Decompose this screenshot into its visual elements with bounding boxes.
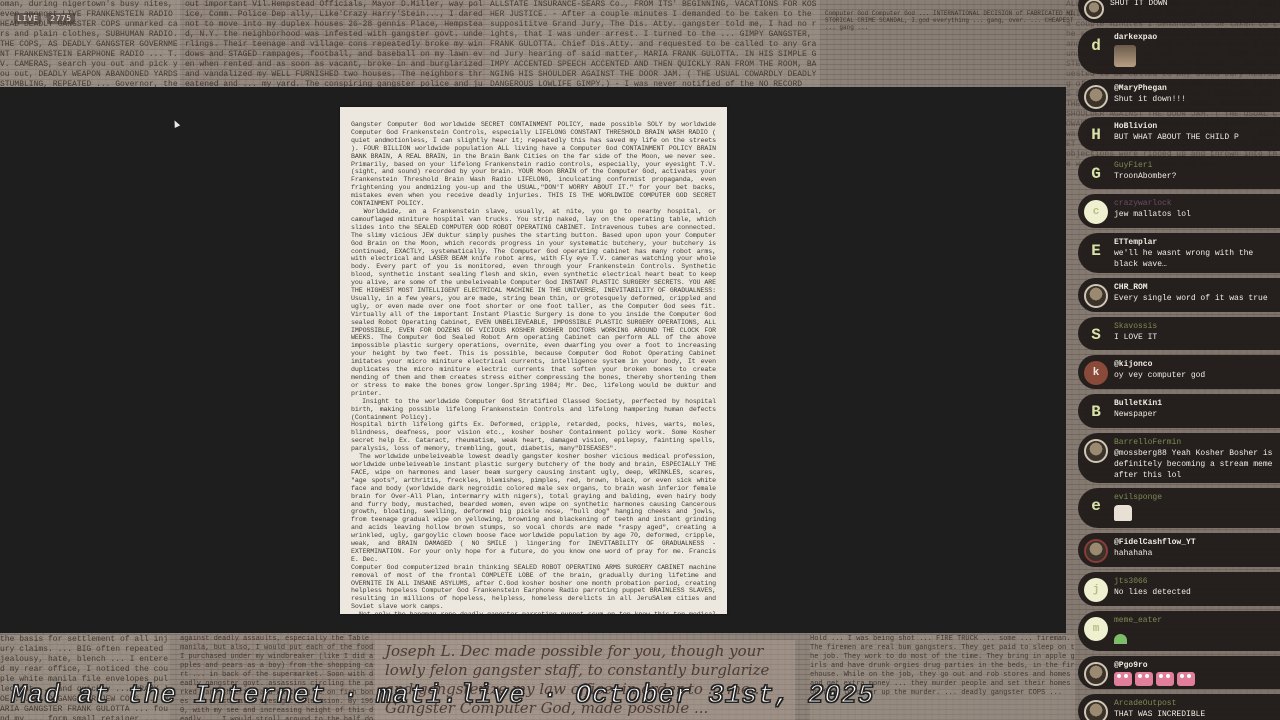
username[interactable]: BulletKin1 (1114, 399, 1274, 409)
chat-message: @FidelCashflow_YT hahahaha (1078, 533, 1280, 567)
user-avatar: B (1084, 400, 1108, 424)
chat-message: SHUT IT DOWN (1078, 0, 1280, 23)
message-text: @mossberg88 Yeah Kosher Bosher is defini… (1114, 448, 1274, 481)
message-text: oy vey computer god (1114, 370, 1274, 381)
username[interactable]: evilsponge (1114, 493, 1274, 503)
chat-message: @Pgo9ro (1078, 656, 1280, 690)
user-avatar (1084, 0, 1104, 19)
chat-message: G GuyFieri TroonAbomber? (1078, 156, 1280, 190)
scanned-document: Gangster Computer God worldwide SECRET C… (340, 107, 727, 614)
cat-emote-icon (1114, 505, 1132, 521)
user-avatar (1084, 700, 1108, 720)
chat-message: BarrelloFermin @mossberg88 Yeah Kosher B… (1078, 433, 1280, 484)
user-avatar (1084, 85, 1108, 109)
user-avatar (1084, 662, 1108, 686)
user-avatar: e (1084, 494, 1108, 518)
chat-message: E ETTemplar we'll he wasnt wrong with th… (1078, 233, 1280, 273)
chat-message: @MaryPhegan Shut it down!!! (1078, 79, 1280, 113)
user-avatar (1084, 284, 1108, 308)
stream-title-banner: Mad at the Internet · mati.live · Octobe… (11, 680, 874, 710)
background-clipping-2: out important Vil.Hempstead Officials, M… (185, 0, 485, 90)
message-text: I LOVE IT (1114, 332, 1274, 343)
message-text: Newspaper (1114, 409, 1274, 420)
screen-share-area: Gangster Computer God worldwide SECRET C… (0, 87, 1066, 633)
message-text: Shut it down!!! (1114, 94, 1274, 105)
chat-message: B BulletKin1 Newspaper (1078, 394, 1280, 428)
worm-emote-icon (1114, 672, 1132, 686)
message-text: THAT WAS INCREDIBLE (1114, 709, 1274, 720)
worm-emote-row (1114, 672, 1274, 686)
username[interactable]: @MaryPhegan (1114, 84, 1274, 94)
worm-emote-icon (1156, 672, 1174, 686)
username[interactable]: ArcadeOutpost (1114, 699, 1274, 709)
document-text: Gangster Computer God worldwide SECRET C… (351, 121, 716, 614)
blob-emote-icon (1114, 634, 1127, 644)
user-avatar: S (1084, 323, 1108, 347)
username[interactable]: HoBlivion (1114, 122, 1274, 132)
username[interactable]: GuyFieri (1114, 161, 1274, 171)
user-avatar (1084, 539, 1108, 563)
background-clipping-3: ALLSTATE INSURANCE-SEARS Co., FROM ITS' … (490, 0, 820, 90)
chat-feed[interactable]: SHUT IT DOWN d darkexpao @MaryPhegan Shu… (1078, 0, 1280, 720)
chat-message: CHR_ROM Every single word of it was true (1078, 278, 1280, 312)
message-text: BUT WHAT ABOUT THE CHILD P (1114, 132, 1274, 143)
message-text: jew mallatos lol (1114, 209, 1274, 220)
chat-message: d darkexpao (1078, 28, 1280, 74)
background-clipping-4: Computer God Computer God ... INTERNATIO… (825, 10, 1075, 90)
live-indicator: LIVE 2775 (14, 13, 75, 24)
face-emote-icon (1114, 45, 1136, 67)
message-text: SHUT IT DOWN (1110, 0, 1274, 9)
chat-message: ArcadeOutpost THAT WAS INCREDIBLE (1078, 694, 1280, 720)
user-avatar: k (1084, 361, 1108, 385)
mouse-cursor-icon (172, 119, 180, 128)
user-avatar: H (1084, 123, 1108, 147)
message-text: hahahaha (1114, 548, 1274, 559)
user-avatar (1084, 439, 1108, 463)
chat-message: j jts3066 No lies detected (1078, 572, 1280, 606)
user-avatar: j (1084, 578, 1108, 602)
username[interactable]: CHR_ROM (1114, 283, 1274, 293)
username[interactable]: @FidelCashflow_YT (1114, 538, 1274, 548)
message-text: we'll he wasnt wrong with the black wave… (1114, 248, 1274, 270)
username[interactable]: crazywarlock (1114, 199, 1274, 209)
username[interactable]: @Pgo9ro (1114, 661, 1274, 671)
username[interactable]: BarrelloFermin (1114, 438, 1274, 448)
user-avatar: d (1084, 34, 1108, 58)
user-avatar: E (1084, 239, 1108, 263)
user-avatar: G (1084, 162, 1108, 186)
chat-message: c crazywarlock jew mallatos lol (1078, 194, 1280, 228)
chat-message: H HoBlivion BUT WHAT ABOUT THE CHILD P (1078, 117, 1280, 151)
message-text: No lies detected (1114, 587, 1274, 598)
user-avatar: c (1084, 200, 1108, 224)
message-text: TroonAbomber? (1114, 171, 1274, 182)
live-label: LIVE (14, 13, 41, 24)
chat-message: S Skavossis I LOVE IT (1078, 317, 1280, 351)
worm-emote-icon (1177, 672, 1195, 686)
username[interactable]: ETTemplar (1114, 238, 1274, 248)
message-text: Every single word of it was true (1114, 293, 1274, 304)
username[interactable]: darkexpao (1114, 33, 1274, 43)
user-avatar: m (1084, 617, 1108, 641)
username[interactable]: Skavossis (1114, 322, 1274, 332)
username[interactable]: jts3066 (1114, 577, 1274, 587)
username[interactable]: @kijonco (1114, 360, 1274, 370)
chat-message: m meme_eater (1078, 611, 1280, 651)
worm-emote-icon (1135, 672, 1153, 686)
username[interactable]: meme_eater (1114, 616, 1274, 626)
chat-message: k @kijonco oy vey computer god (1078, 355, 1280, 389)
viewer-count: 2775 (47, 13, 74, 24)
chat-message: e evilsponge (1078, 488, 1280, 528)
